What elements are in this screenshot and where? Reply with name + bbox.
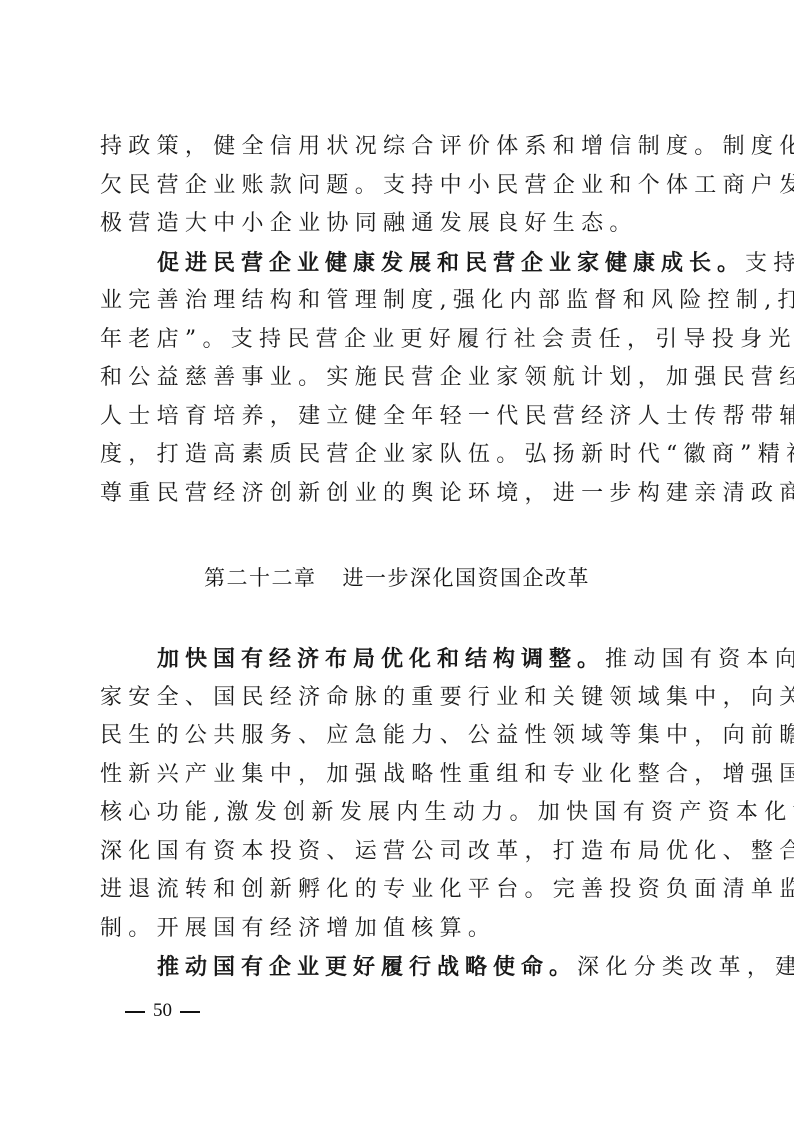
- dash-left-icon: [125, 1011, 145, 1013]
- body-text-line: 进退流转和创新孵化的专业化平台。完善投资负面清单监管机: [100, 871, 696, 910]
- body-text: 深化分类改革，建立健全: [577, 955, 794, 980]
- page-number-value: 50: [153, 1000, 172, 1021]
- chapter-number: 第二十二章: [204, 566, 317, 590]
- body-text-line: 深化国有资本投资、运营公司改革，打造布局优化、整合运作、: [100, 833, 696, 872]
- body-text-line: 和公益慈善事业。实施民营企业家领航计划，加强民营经济代表: [100, 359, 696, 398]
- body-text-line: 度，打造高素质民营企业家队伍。弘扬新时代“徽商”精神，培育: [100, 436, 696, 475]
- body-text: 支持民营企: [745, 251, 794, 276]
- paragraph-first-line: 加快国有经济布局优化和结构调整。推动国有资本向关系国: [100, 640, 696, 679]
- body-text-line: 性新兴产业集中，加强战略性重组和专业化整合，增强国有企业: [100, 756, 696, 795]
- paragraph-heading: 推动国有企业更好履行战略使命。: [157, 954, 577, 980]
- body-text-line: 家安全、国民经济命脉的重要行业和关键领域集中，向关系国计: [100, 679, 696, 718]
- body-text-line: 业完善治理结构和管理制度,强化内部监督和风险控制,打造“百: [100, 282, 696, 321]
- chapter-title: 进一步深化国资国企改革: [343, 566, 591, 590]
- body-text-line: 制。开展国有经济增加值核算。: [100, 910, 696, 949]
- body-text-line: 核心功能,激发创新发展内生动力。加快国有资产资本化证券化,: [100, 794, 696, 833]
- paragraph-first-line: 促进民营企业健康发展和民营企业家健康成长。支持民营企: [100, 244, 696, 283]
- page-number: 50: [117, 1000, 208, 1022]
- section-state-owned-reform: 加快国有经济布局优化和结构调整。推动国有资本向关系国 家安全、国民经济命脉的重要…: [100, 640, 696, 987]
- body-text-line: 极营造大中小企业协同融通发展良好生态。: [100, 205, 696, 244]
- dash-right-icon: [180, 1011, 200, 1013]
- body-text: 推动国有资本向关系国: [605, 647, 794, 672]
- paragraph-heading: 加快国有经济布局优化和结构调整。: [157, 646, 605, 672]
- body-text-line: 尊重民营经济创新创业的舆论环境，进一步构建亲清政商关系。: [100, 475, 696, 514]
- chapter-heading: 第二十二章进一步深化国资国企改革: [0, 562, 794, 592]
- body-text-line: 民生的公共服务、应急能力、公益性领域等集中，向前瞻性战略: [100, 717, 696, 756]
- body-text-line: 持政策，健全信用状况综合评价体系和增信制度。制度化根治拖: [100, 128, 696, 167]
- paragraph-first-line: 推动国有企业更好履行战略使命。深化分类改革，建立健全: [100, 948, 696, 987]
- body-text-line: 欠民营企业账款问题。支持中小民营企业和个体工商户发展，积: [100, 167, 696, 206]
- body-text-line: 人士培育培养，建立健全年轻一代民营经济人士传帮带辅导制: [100, 398, 696, 437]
- paragraph-heading: 促进民营企业健康发展和民营企业家健康成长。: [157, 250, 745, 276]
- body-text-line: 年老店”。支持民营企业更好履行社会责任，引导投身光彩事业: [100, 321, 696, 360]
- section-private-economy: 持政策，健全信用状况综合评价体系和增信制度。制度化根治拖 欠民营企业账款问题。支…: [100, 128, 696, 513]
